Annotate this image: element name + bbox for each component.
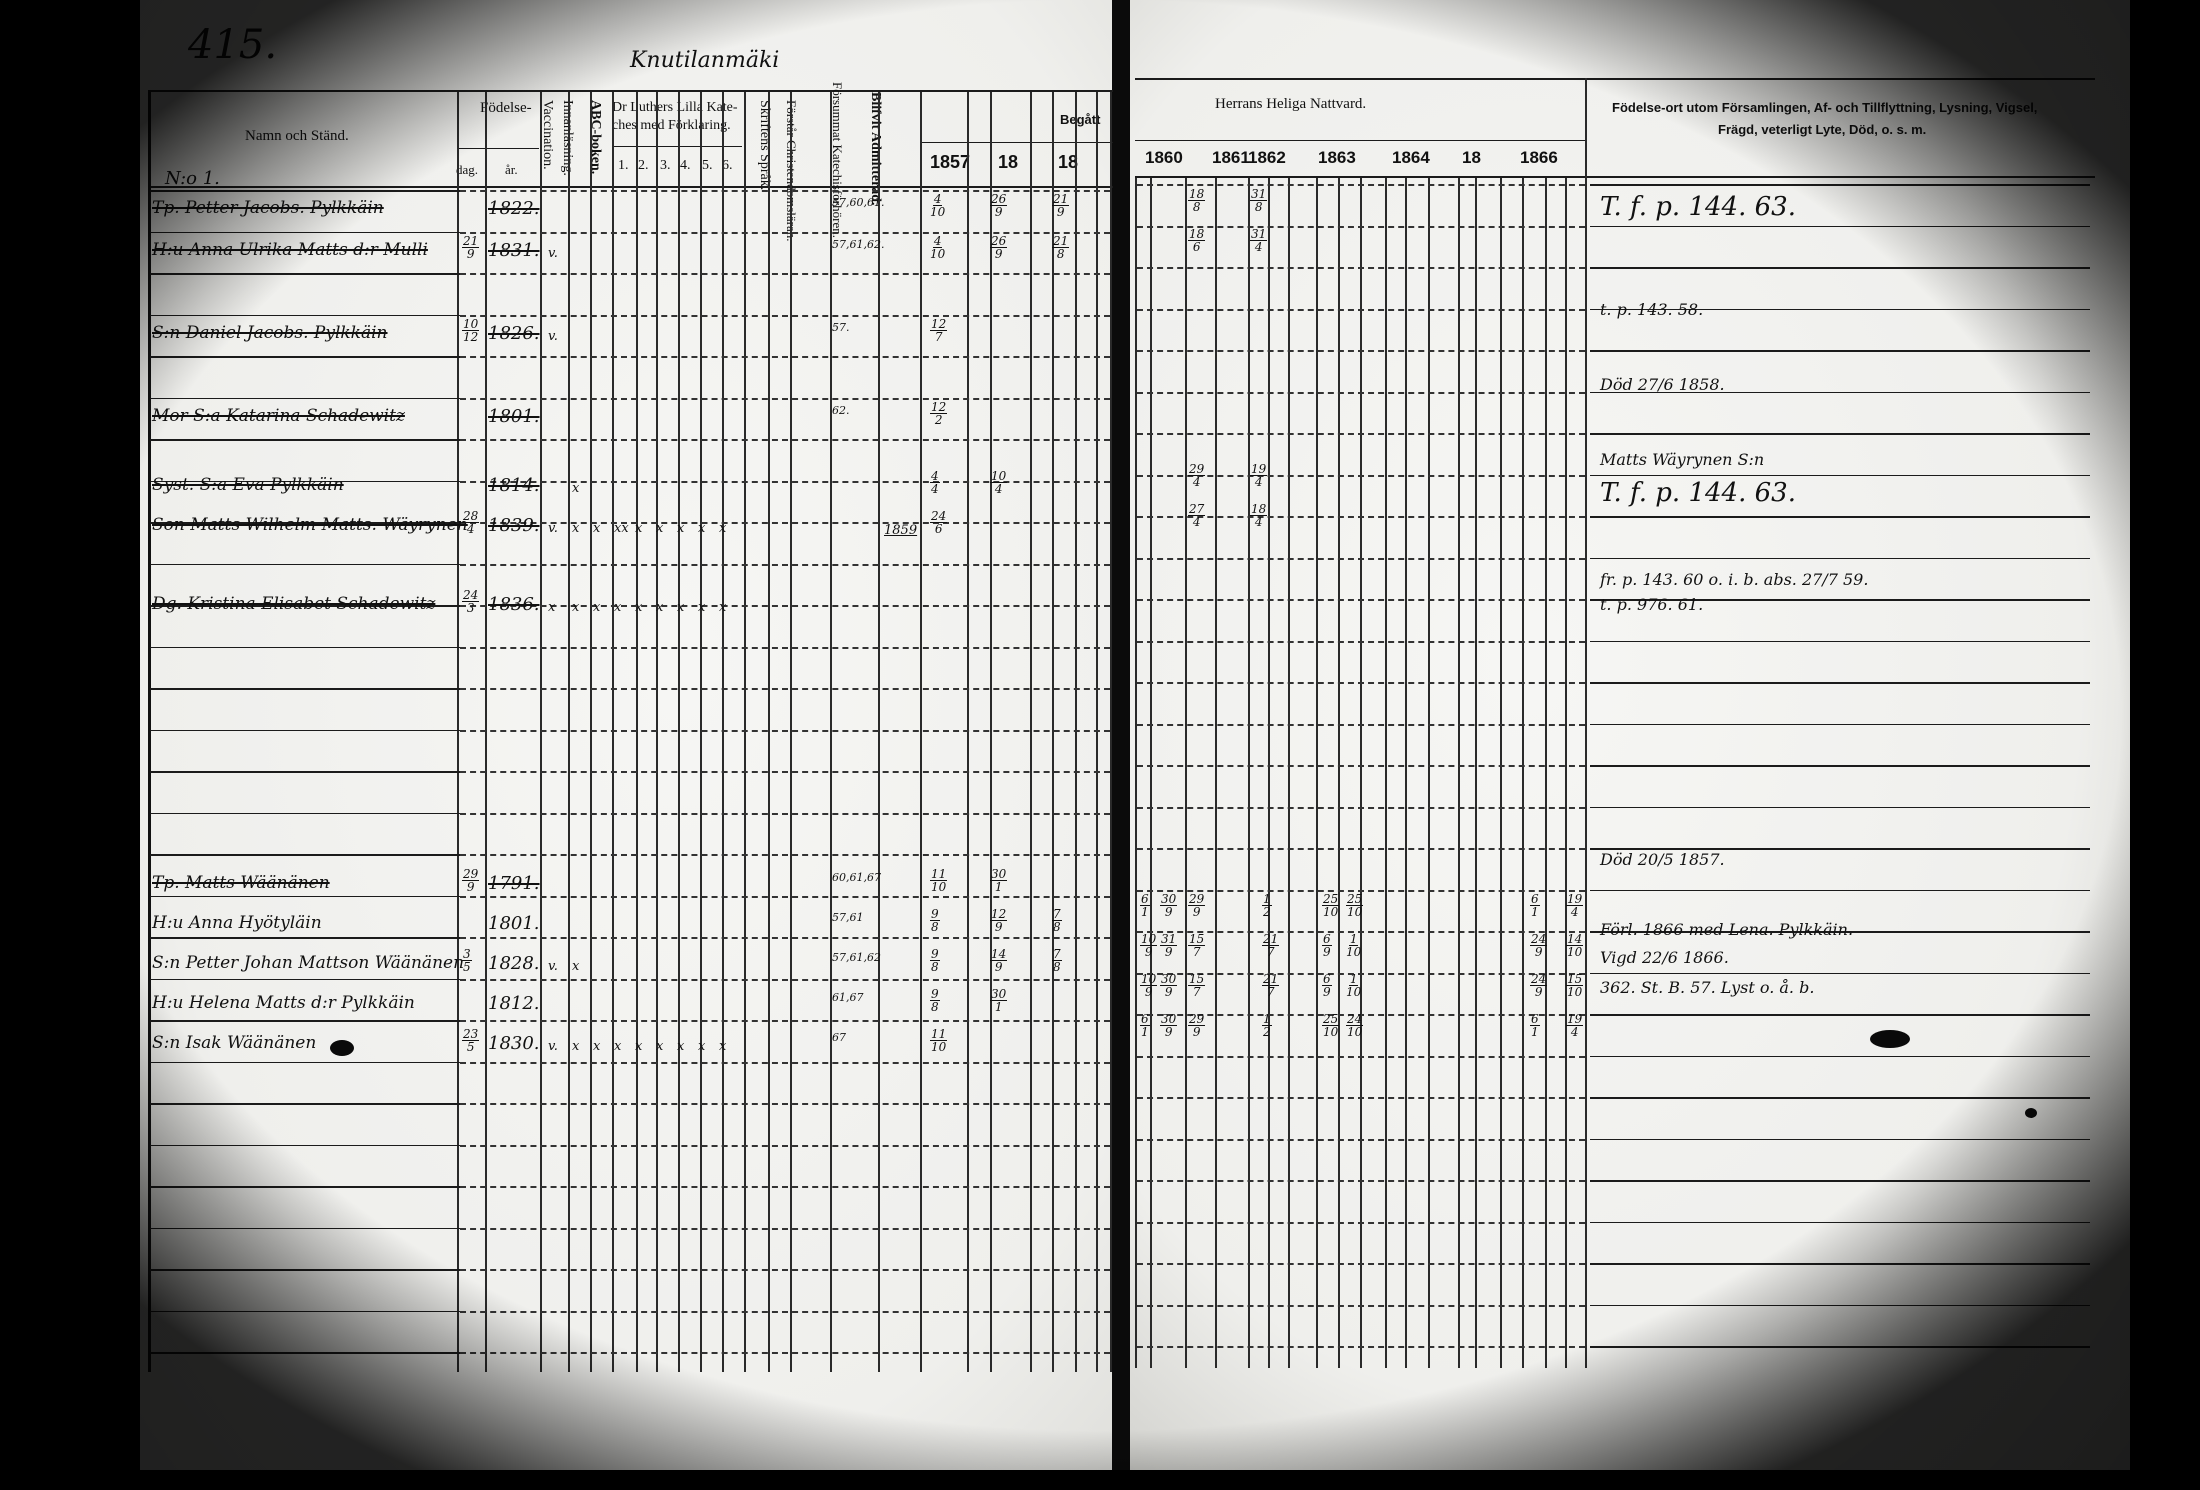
catechism-part-label: 2. bbox=[638, 158, 649, 174]
row-rule-name bbox=[150, 398, 460, 400]
communion-date: 61 bbox=[1140, 890, 1150, 918]
row-rule-communion bbox=[1137, 1346, 1585, 1348]
communion-date: 1110 bbox=[930, 865, 947, 893]
communion-date: 274 bbox=[1188, 500, 1205, 528]
grid-column-line bbox=[1522, 178, 1524, 1368]
reading-mark: x bbox=[698, 1039, 705, 1054]
grid-column-line bbox=[1458, 178, 1460, 1368]
row-rule-cells bbox=[460, 647, 1110, 649]
grid-column-line bbox=[1030, 92, 1032, 1372]
reading-mark: x bbox=[614, 1039, 621, 1054]
grid-column-line bbox=[656, 92, 658, 1372]
row-rule-communion bbox=[1137, 765, 1585, 767]
communion-date: 1410 bbox=[1566, 930, 1583, 958]
missed-catechism-years: 57,61,62. bbox=[832, 238, 884, 251]
communion-date: 217 bbox=[1262, 970, 1279, 998]
vaccination-mark: v. bbox=[548, 329, 558, 344]
reading-mark: x bbox=[698, 521, 705, 536]
communion-date: 1110 bbox=[930, 1025, 947, 1053]
reading-mark: x bbox=[677, 600, 684, 615]
missed-catechism-years: 57,61 bbox=[832, 911, 864, 924]
communion-date: 44 bbox=[930, 467, 940, 495]
catechism-part-label: 4. bbox=[680, 158, 691, 174]
grid-column-line bbox=[1360, 178, 1362, 1368]
communion-date: 314 bbox=[1250, 225, 1267, 253]
row-rule-communion bbox=[1137, 807, 1585, 809]
reading-mark: x bbox=[572, 521, 579, 536]
grid-column-line bbox=[768, 92, 770, 1372]
row-rule-name bbox=[150, 688, 460, 690]
row-rule-remarks bbox=[1590, 226, 2090, 228]
communion-date: 129 bbox=[990, 905, 1007, 933]
vaccination-mark: v. bbox=[548, 1039, 558, 1054]
birth-year: 1830. bbox=[488, 1033, 540, 1054]
row-rule-name bbox=[150, 1103, 460, 1105]
birth-year: 1812. bbox=[488, 993, 540, 1014]
row-rule-cells bbox=[460, 688, 1110, 690]
row-rule-name bbox=[150, 1228, 460, 1230]
reading-mark: x bbox=[635, 1039, 642, 1054]
row-rule-remarks bbox=[1590, 516, 2090, 518]
grid-column-line bbox=[1288, 178, 1290, 1368]
row-rule-remarks bbox=[1590, 1097, 2090, 1099]
communion-year-label: 1860 bbox=[1145, 148, 1183, 168]
communion-date: 2510 bbox=[1322, 890, 1339, 918]
communion-date: 217 bbox=[1262, 930, 1279, 958]
grid-column-line bbox=[830, 92, 832, 1372]
header-remarks-1: Födelse-ort utom Församlingen, Af- och T… bbox=[1612, 100, 2037, 115]
household-label: N:o 1. bbox=[165, 168, 220, 189]
row-rule-cells bbox=[460, 481, 1110, 483]
grid-column-line bbox=[1150, 178, 1152, 1368]
reading-mark: x bbox=[572, 600, 579, 615]
row-rule-name bbox=[150, 1352, 460, 1354]
communion-date: 2510 bbox=[1346, 890, 1363, 918]
vaccination-mark: v. bbox=[548, 246, 558, 261]
row-rule-cells bbox=[460, 190, 1110, 192]
missed-catechism-years: 57. bbox=[832, 321, 850, 334]
birth-day: 284 bbox=[462, 507, 479, 535]
communion-date: 2510 bbox=[1322, 1010, 1339, 1038]
birth-year: 1822. bbox=[488, 198, 540, 219]
remark-entry: fr. p. 143. 60 o. i. b. abs. 27/7 59. bbox=[1600, 570, 1868, 589]
row-rule-name bbox=[150, 356, 460, 358]
row-rule-cells bbox=[460, 979, 1110, 981]
communion-date: 149 bbox=[990, 945, 1007, 973]
row-rule-cells bbox=[460, 813, 1110, 815]
right-header-bottom-rule bbox=[1135, 176, 2095, 178]
row-rule-name bbox=[150, 1145, 460, 1147]
header-remarks-2: Frägd, veterligt Lyte, Död, o. s. m. bbox=[1718, 122, 1926, 137]
grid-column-line bbox=[920, 92, 922, 1372]
remark-entry: Död 20/5 1857. bbox=[1600, 850, 1725, 869]
communion-date: 410 bbox=[930, 232, 945, 260]
row-rule-name bbox=[150, 854, 460, 856]
row-rule-remarks bbox=[1590, 1346, 2090, 1348]
missed-catechism-years: 62. bbox=[832, 404, 850, 417]
header-vaccination: Vaccination. bbox=[540, 100, 555, 170]
communion-date: 219 bbox=[1052, 190, 1069, 218]
missed-catechism-years: 61,67 bbox=[832, 991, 864, 1004]
catechism-part-label: 3. bbox=[660, 158, 671, 174]
row-rule-remarks bbox=[1590, 350, 2090, 352]
person-name: H:u Anna Ulrika Matts d:r Mulli bbox=[152, 240, 428, 260]
grid-column-line bbox=[878, 92, 880, 1372]
birth-day: 243 bbox=[462, 586, 479, 614]
remark-entry: Matts Wäyrynen S:n bbox=[1600, 450, 1764, 469]
reading-mark: x bbox=[593, 1039, 600, 1054]
communion-date: 194 bbox=[1566, 1010, 1583, 1038]
row-rule-cells bbox=[460, 356, 1110, 358]
catechism-part-label: 5. bbox=[702, 158, 713, 174]
grid-column-line bbox=[744, 92, 746, 1372]
row-rule-communion bbox=[1137, 1305, 1585, 1307]
reading-mark: x bbox=[572, 1039, 579, 1054]
grid-column-line bbox=[612, 92, 614, 1372]
reading-mark: x bbox=[593, 521, 600, 536]
header-holy-communion: Herrans Heliga Nattvard. bbox=[1215, 96, 1366, 113]
grid-column-line bbox=[722, 92, 724, 1372]
reading-mark: x bbox=[719, 521, 726, 536]
communion-date: 61 bbox=[1530, 1010, 1540, 1038]
row-rule-cells bbox=[460, 1186, 1110, 1188]
vaccination-mark: v. bbox=[548, 521, 558, 536]
communion-date: 188 bbox=[1188, 185, 1205, 213]
row-rule-cells bbox=[460, 1352, 1110, 1354]
header-year-1857: 1857 bbox=[930, 152, 970, 173]
row-rule-cells bbox=[460, 315, 1110, 317]
row-rule-communion bbox=[1137, 309, 1585, 311]
row-rule-name bbox=[150, 1186, 460, 1188]
row-rule-cells bbox=[460, 1311, 1110, 1313]
row-rule-communion bbox=[1137, 558, 1585, 560]
grid-column-line bbox=[1316, 178, 1318, 1368]
birth-year: 1839. bbox=[488, 515, 540, 536]
grid-column-line bbox=[636, 92, 638, 1372]
header-missed: Försummat Katechisförhören. bbox=[830, 82, 845, 238]
row-rule-name bbox=[150, 937, 460, 939]
row-rule-cells bbox=[460, 1145, 1110, 1147]
row-rule-communion bbox=[1137, 599, 1585, 601]
reading-mark: x bbox=[656, 600, 663, 615]
grid-column-line bbox=[1475, 178, 1477, 1368]
communion-date: 157 bbox=[1188, 970, 1205, 998]
row-rule-cells bbox=[460, 730, 1110, 732]
row-rule-name bbox=[150, 1311, 460, 1313]
missed-catechism-years: 57,60,61. bbox=[832, 196, 884, 209]
ink-blot bbox=[2025, 1108, 2037, 1118]
communion-date: 12 bbox=[1262, 1010, 1272, 1038]
communion-date: 98 bbox=[930, 945, 940, 973]
row-rule-name bbox=[150, 1062, 460, 1064]
row-rule-name bbox=[150, 273, 460, 275]
village-name: Knutilanmäki bbox=[630, 48, 779, 73]
communion-date: 1510 bbox=[1566, 970, 1583, 998]
remark-entry: Vigd 22/6 1866. bbox=[1600, 948, 1729, 967]
birth-day: 235 bbox=[462, 1025, 479, 1053]
communion-date: 69 bbox=[1322, 970, 1332, 998]
row-rule-communion bbox=[1137, 1139, 1585, 1141]
row-rule-cells bbox=[460, 1062, 1110, 1064]
birth-year: 1831. bbox=[488, 240, 540, 261]
birth-day: 299 bbox=[462, 865, 479, 893]
communion-date: 319 bbox=[1160, 930, 1177, 958]
communion-date: 186 bbox=[1188, 225, 1205, 253]
header-birth: Födelse- bbox=[480, 100, 532, 117]
grid-column-line bbox=[790, 92, 792, 1372]
remark-entry: 362. St. B. 57. Lyst o. å. b. bbox=[1600, 978, 1814, 997]
person-name: Syst. S:a Eva Pylkkäin bbox=[152, 475, 344, 495]
communion-date: 98 bbox=[930, 905, 940, 933]
communion-year-label: 1863 bbox=[1318, 148, 1356, 168]
row-rule-name bbox=[150, 315, 460, 317]
grid-column-line bbox=[1428, 178, 1430, 1368]
missed-catechism-years: 57,61,62 bbox=[832, 951, 881, 964]
remark-entry: t. p. 143. 58. bbox=[1600, 300, 1703, 319]
missed-catechism-years: 60,61,67 bbox=[832, 871, 881, 884]
reading-mark: x bbox=[635, 521, 642, 536]
person-name: Dg. Kristina Elisabet Schadewitz bbox=[152, 594, 435, 614]
grid-column-line bbox=[148, 92, 151, 1372]
communion-date: 249 bbox=[1530, 970, 1547, 998]
grid-column-line bbox=[1248, 178, 1250, 1368]
reading-mark: x bbox=[614, 600, 621, 615]
row-rule-remarks bbox=[1590, 1263, 2090, 1265]
communion-date: 110 bbox=[1346, 930, 1361, 958]
grid-column-line bbox=[540, 92, 542, 1372]
communion-date: 12 bbox=[1262, 890, 1272, 918]
row-rule-remarks bbox=[1590, 558, 2090, 560]
row-rule-name bbox=[150, 1020, 460, 1022]
communion-date: 269 bbox=[990, 232, 1007, 260]
reading-mark: x bbox=[719, 600, 726, 615]
left-page bbox=[140, 0, 1120, 1470]
communion-date: 246 bbox=[930, 507, 947, 535]
remark-entry: t. p. 976. 61. bbox=[1600, 595, 1703, 614]
row-rule-cells bbox=[460, 605, 1110, 607]
row-rule-communion bbox=[1137, 724, 1585, 726]
row-rule-remarks bbox=[1590, 682, 2090, 684]
reading-mark: x bbox=[656, 1039, 663, 1054]
header-admitted: Blifvit Admitterad. bbox=[868, 92, 883, 206]
birth-year: 1826. bbox=[488, 323, 540, 344]
communion-date: 301 bbox=[990, 865, 1007, 893]
communion-date: 309 bbox=[1160, 970, 1177, 998]
communion-date: 184 bbox=[1250, 500, 1267, 528]
grid-column-line bbox=[1096, 92, 1098, 1372]
grid-column-line bbox=[590, 92, 592, 1372]
row-rule-remarks bbox=[1590, 1305, 2090, 1307]
grid-column-line bbox=[967, 92, 969, 1372]
grid-column-line bbox=[1135, 178, 1137, 1368]
communion-date: 78 bbox=[1052, 945, 1062, 973]
header-name-stand: Namn och Ständ. bbox=[245, 128, 349, 145]
communion-date: 249 bbox=[1530, 930, 1547, 958]
grid-column-line bbox=[1338, 178, 1340, 1368]
grid-column-line bbox=[1268, 178, 1270, 1368]
row-rule-name bbox=[150, 1269, 460, 1271]
communion-date: 127 bbox=[930, 315, 947, 343]
communion-year-label: 18 bbox=[1462, 148, 1481, 168]
row-rule-communion bbox=[1137, 267, 1585, 269]
header-scripture: Skriftens Språk. bbox=[757, 100, 772, 190]
admitted-year: 1859 bbox=[884, 523, 917, 538]
row-rule-name bbox=[150, 771, 460, 773]
grid-column-line bbox=[1215, 178, 1217, 1368]
remark-entry: T. f. p. 144. 63. bbox=[1600, 192, 1796, 222]
row-rule-communion bbox=[1137, 1097, 1585, 1099]
row-rule-communion bbox=[1137, 682, 1585, 684]
row-rule-cells bbox=[460, 1020, 1110, 1022]
row-rule-cells bbox=[460, 1269, 1110, 1271]
person-name: S:n Petter Johan Mattson Wäänänen bbox=[152, 953, 464, 973]
communion-date: 122 bbox=[930, 398, 947, 426]
reading-mark: x bbox=[593, 600, 600, 615]
header-understands: Förstår Christendomsläran. bbox=[784, 100, 799, 242]
row-rule-remarks bbox=[1590, 267, 2090, 269]
book-gutter bbox=[1112, 0, 1130, 1470]
remark-entry: Förl. 1866 med Lena. Pylkkäin. bbox=[1600, 920, 1853, 939]
reading-mark: x bbox=[719, 1039, 726, 1054]
reading-mark: x bbox=[677, 1039, 684, 1054]
communion-date: 410 bbox=[930, 190, 945, 218]
communion-date: 299 bbox=[1188, 890, 1205, 918]
reading-mark: x bbox=[698, 600, 705, 615]
grid-column-line bbox=[1405, 178, 1407, 1368]
grid-column-line bbox=[568, 92, 570, 1372]
reading-mark: x bbox=[572, 959, 579, 974]
grid-column-line bbox=[1545, 178, 1547, 1368]
row-rule-communion bbox=[1137, 433, 1585, 435]
communion-date: 194 bbox=[1566, 890, 1583, 918]
grid-column-line bbox=[700, 92, 702, 1372]
row-rule-remarks bbox=[1590, 807, 2090, 809]
row-rule-remarks bbox=[1590, 641, 2090, 643]
row-rule-cells bbox=[460, 854, 1110, 856]
birth-year: 1836. bbox=[488, 594, 540, 615]
communion-year-label: 1866 bbox=[1520, 148, 1558, 168]
communion-date: 309 bbox=[1160, 890, 1177, 918]
row-rule-name bbox=[150, 439, 460, 441]
birth-day: 1012 bbox=[462, 315, 479, 343]
communion-date: 194 bbox=[1250, 460, 1267, 488]
vaccination-mark: v. bbox=[548, 959, 558, 974]
person-name: H:u Helena Matts d:r Pylkkäin bbox=[152, 993, 415, 1013]
row-rule-remarks bbox=[1590, 890, 2090, 892]
grid-column-line bbox=[1565, 178, 1567, 1368]
row-rule-name bbox=[150, 232, 460, 234]
header-catechism-2: ches med Förklaring. bbox=[612, 118, 731, 134]
ink-blot bbox=[330, 1040, 354, 1056]
communion-year-label: 1864 bbox=[1392, 148, 1430, 168]
row-rule-name bbox=[150, 896, 460, 898]
grid-column-line bbox=[1110, 92, 1112, 1372]
row-rule-cells bbox=[460, 398, 1110, 400]
person-name: Son Matts Wilhelm Matts. Wäyrynen bbox=[152, 515, 468, 535]
row-rule-name bbox=[150, 647, 460, 649]
reading-mark: xx bbox=[614, 521, 629, 536]
communion-date: 98 bbox=[930, 985, 940, 1013]
catechism-part-label: 1. bbox=[618, 158, 629, 174]
row-rule-name bbox=[150, 813, 460, 815]
row-rule-remarks bbox=[1590, 475, 2090, 477]
grid-column-line bbox=[485, 92, 487, 1372]
row-rule-cells bbox=[460, 771, 1110, 773]
communion-year-label: 1861 bbox=[1212, 148, 1250, 168]
row-rule-remarks bbox=[1590, 1014, 2090, 1016]
row-rule-cells bbox=[460, 564, 1110, 566]
row-rule-communion bbox=[1137, 641, 1585, 643]
right-header-top-rule bbox=[1135, 78, 2095, 80]
row-rule-name bbox=[150, 190, 460, 192]
communion-date: 69 bbox=[1322, 930, 1332, 958]
missed-catechism-years: 67 bbox=[832, 1031, 846, 1044]
row-rule-communion bbox=[1137, 350, 1585, 352]
row-rule-communion bbox=[1137, 1180, 1585, 1182]
grid-column-line bbox=[1385, 178, 1387, 1368]
vaccination-mark: x bbox=[548, 600, 555, 615]
row-rule-cells bbox=[460, 1103, 1110, 1105]
row-rule-name bbox=[150, 730, 460, 732]
header-birth-day: dag. bbox=[456, 162, 478, 178]
communion-date: 61 bbox=[1530, 890, 1540, 918]
row-rule-cells bbox=[460, 273, 1110, 275]
remark-entry: T. f. p. 144. 63. bbox=[1600, 478, 1796, 508]
person-name: S:n Daniel Jacobs. Pylkkäin bbox=[152, 323, 388, 343]
row-rule-communion bbox=[1137, 392, 1585, 394]
row-rule-remarks bbox=[1590, 184, 2090, 186]
row-rule-name bbox=[150, 979, 460, 981]
communion-date: 109 bbox=[1140, 970, 1157, 998]
row-rule-remarks bbox=[1590, 1180, 2090, 1182]
row-rule-remarks bbox=[1590, 724, 2090, 726]
row-rule-communion bbox=[1137, 1263, 1585, 1265]
row-rule-communion bbox=[1137, 848, 1585, 850]
person-name: Tp. Matts Wäänänen bbox=[152, 873, 330, 893]
birth-day: 35 bbox=[462, 945, 472, 973]
person-name: H:u Anna Hyötyläin bbox=[152, 913, 322, 933]
grid-column-line bbox=[457, 92, 459, 1372]
person-name: Tp. Petter Jacobs. Pylkkäin bbox=[152, 198, 384, 218]
communion-date: 309 bbox=[1160, 1010, 1177, 1038]
row-rule-remarks bbox=[1590, 973, 2090, 975]
person-name: S:n Isak Wäänänen bbox=[152, 1033, 316, 1053]
catechism-part-label: 6. bbox=[722, 158, 733, 174]
birth-year: 1828. bbox=[488, 953, 540, 974]
row-rule-remarks bbox=[1590, 765, 2090, 767]
row-rule-cells bbox=[460, 1228, 1110, 1230]
birth-year: 1814. bbox=[488, 475, 540, 496]
birth-year: 1801. bbox=[488, 913, 540, 934]
person-name: Mor S:a Katarina Schadewitz bbox=[152, 406, 405, 426]
reading-mark: x bbox=[677, 521, 684, 536]
communion-date: 318 bbox=[1250, 185, 1267, 213]
row-rule-remarks bbox=[1590, 433, 2090, 435]
row-rule-cells bbox=[460, 232, 1110, 234]
row-rule-remarks bbox=[1590, 1056, 2090, 1058]
communion-date: 157 bbox=[1188, 930, 1205, 958]
grid-column-line bbox=[1185, 178, 1187, 1368]
communion-date: 2410 bbox=[1346, 1010, 1363, 1038]
row-rule-remarks bbox=[1590, 1139, 2090, 1141]
birth-year: 1791. bbox=[488, 873, 540, 894]
row-rule-communion bbox=[1137, 1056, 1585, 1058]
row-rule-cells bbox=[460, 439, 1110, 441]
header-year-18a: 18 bbox=[998, 152, 1018, 173]
row-rule-remarks bbox=[1590, 1222, 2090, 1224]
communion-date: 109 bbox=[1140, 930, 1157, 958]
reading-mark: x bbox=[635, 600, 642, 615]
